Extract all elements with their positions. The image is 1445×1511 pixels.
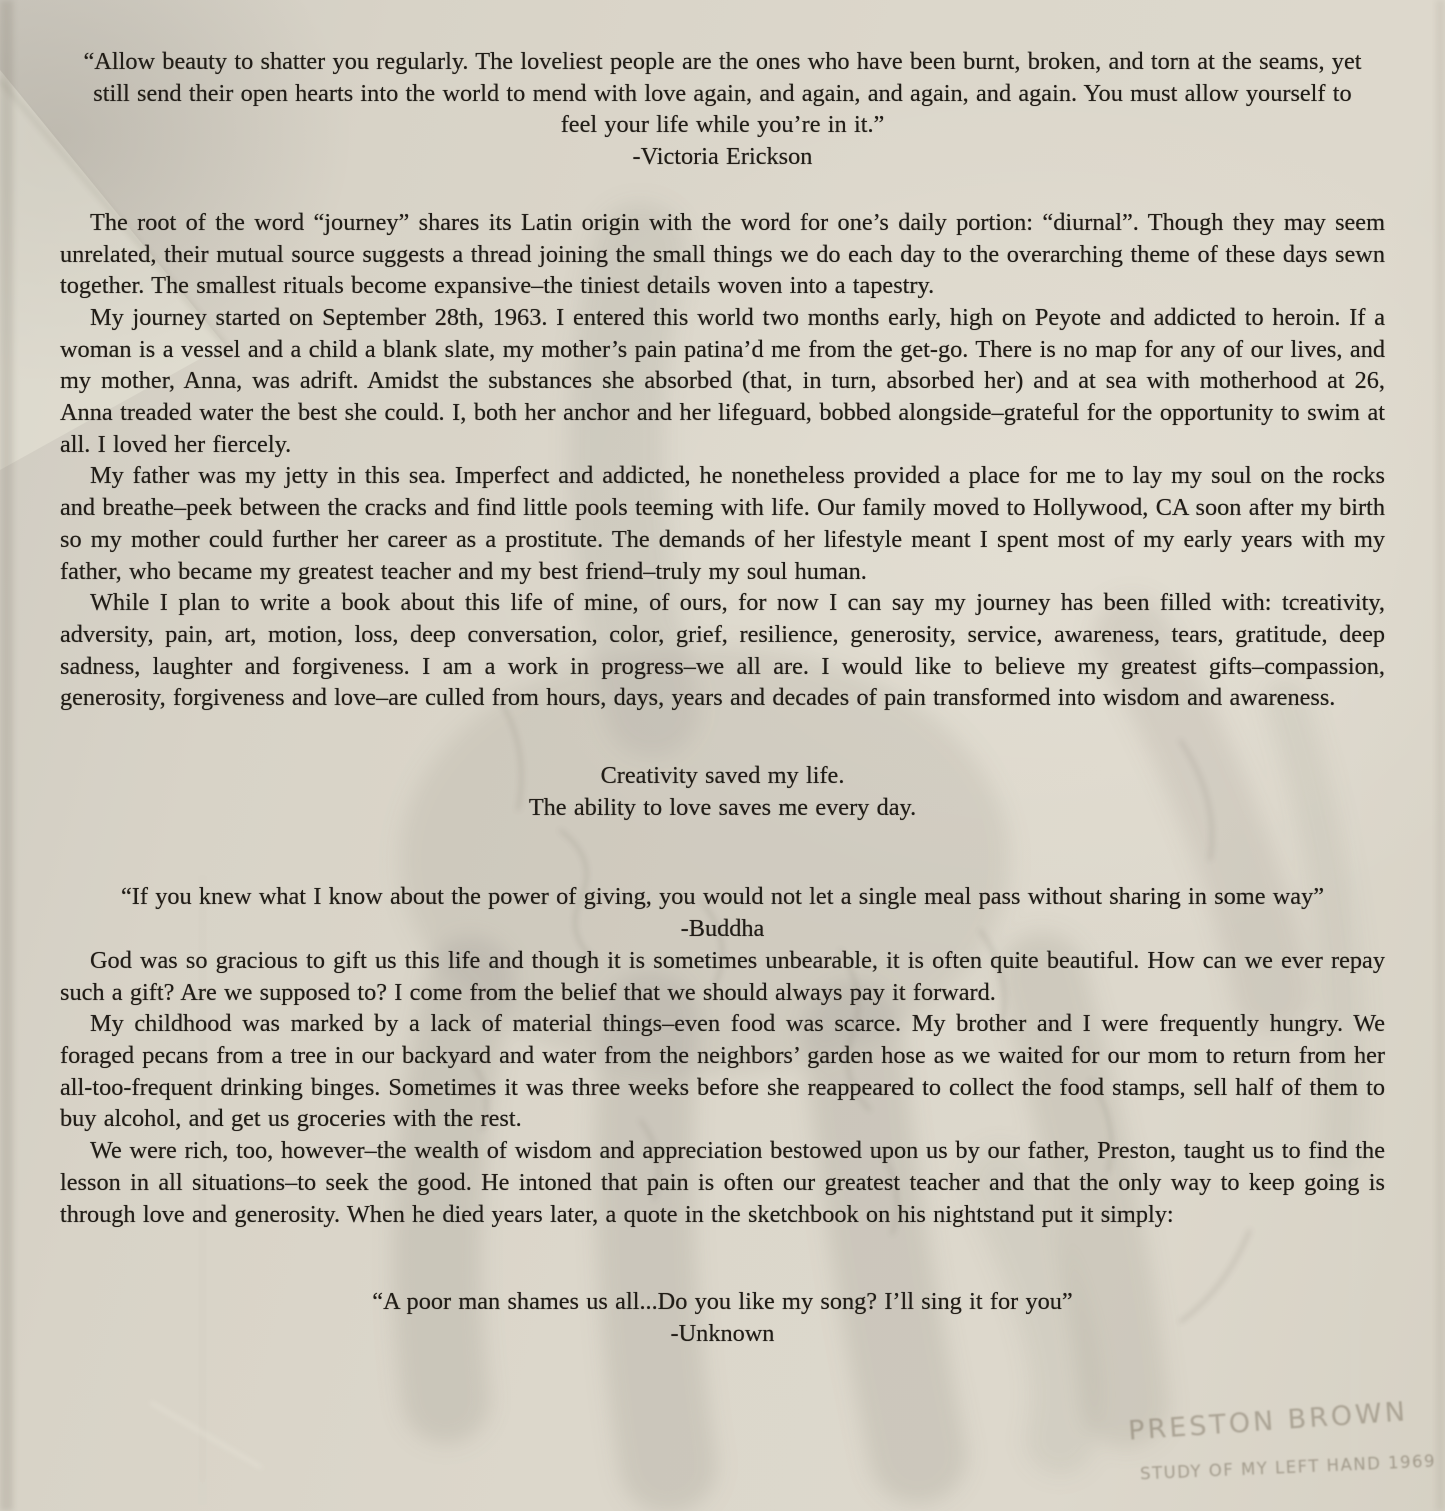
buddha-quote-text: “If you knew what I know about the power… xyxy=(82,881,1363,913)
affirmation-line-1: Creativity saved my life. xyxy=(60,760,1385,792)
closing-quote: “A poor man shames us all...Do you like … xyxy=(60,1286,1385,1349)
opening-quote: “Allow beauty to shatter you regularly. … xyxy=(60,46,1385,173)
paragraph-rich-in-wisdom: We were rich, too, however–the wealth of… xyxy=(60,1135,1385,1230)
paragraph-birth-mother: My journey started on September 28th, 19… xyxy=(60,302,1385,461)
paragraph-gracious-gift: God was so gracious to gift us this life… xyxy=(60,945,1385,1008)
opening-quote-attribution: -Victoria Erickson xyxy=(82,141,1363,173)
opening-quote-text: “Allow beauty to shatter you regularly. … xyxy=(82,46,1363,141)
paragraph-book-plans: While I plan to write a book about this … xyxy=(60,587,1385,714)
scanned-page: “Allow beauty to shatter you regularly. … xyxy=(0,0,1445,1511)
buddha-quote-attribution: -Buddha xyxy=(82,913,1363,945)
affirmation-line-2: The ability to love saves me every day. xyxy=(60,792,1385,824)
paragraph-journey-etymology: The root of the word “journey” shares it… xyxy=(60,207,1385,302)
affirmation-lines: Creativity saved my life. The ability to… xyxy=(60,760,1385,823)
paragraph-childhood-scarcity: My childhood was marked by a lack of mat… xyxy=(60,1008,1385,1135)
page-text: “Allow beauty to shatter you regularly. … xyxy=(0,0,1445,1511)
paragraph-father-jetty: My father was my jetty in this sea. Impe… xyxy=(60,460,1385,587)
buddha-quote: “If you knew what I know about the power… xyxy=(60,881,1385,944)
closing-quote-text: “A poor man shames us all...Do you like … xyxy=(82,1286,1363,1318)
closing-quote-attribution: -Unknown xyxy=(82,1318,1363,1350)
